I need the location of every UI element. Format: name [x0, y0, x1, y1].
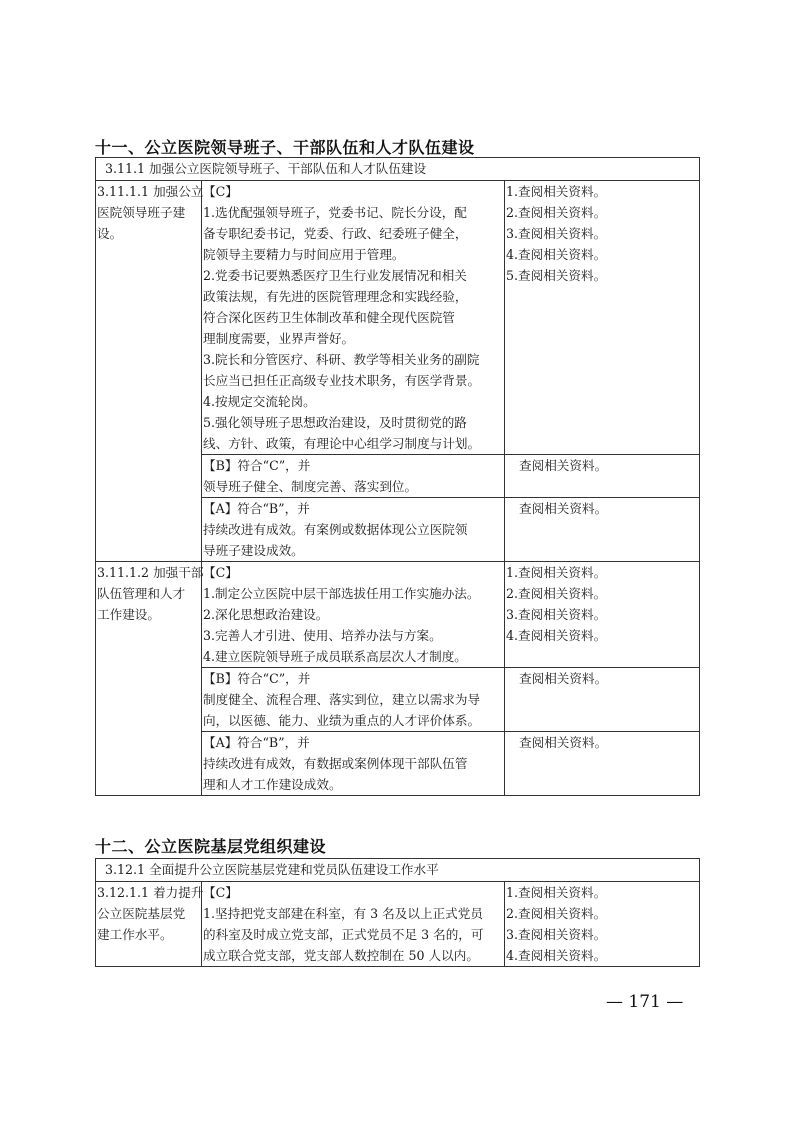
criteria-cell-b: 【B】符合“C”，并 领导班子健全、制度完善、落实到位。	[202, 455, 505, 498]
item-title-line: 3.12.1.1 着力提升	[97, 882, 201, 903]
item-title-line: 3.11.1.1 加强公立	[97, 181, 201, 202]
table-row-grade-c: 3.11.1.2 加强干部 队伍管理和人才 工作建设。 【C】 1.制定公立医院…	[96, 562, 700, 668]
criteria-line: 5.强化领导班子思想政治建设，及时贯彻党的路	[203, 412, 504, 433]
method-line: 2.查阅相关资料。	[506, 903, 699, 924]
section-heading-11: 十一、公立医院领导班子、干部队伍和人才队伍建设	[95, 135, 475, 158]
criteria-line: 线、方针、政策，有理论中心组学习制度与计划。	[203, 433, 504, 454]
criteria-line: 备专职纪委书记，党委、行政、纪委班子健全，	[203, 223, 504, 244]
criteria-line: 持续改进有成效，有数据或案例体现干部队伍管	[203, 753, 504, 774]
criteria-line: 理制度需要，业界声誉好。	[203, 328, 504, 349]
method-line: 5.查阅相关资料。	[506, 265, 699, 286]
criteria-cell-a: 【A】符合“B”，并 持续改进有成效。有案例或数据体现公立医院领 导班子建设成效…	[202, 498, 505, 562]
criteria-cell-c: 【C】 1.制定公立医院中层干部选拔任用工作实施办法。 2.深化思想政治建设。 …	[202, 562, 505, 668]
method-line: 4.查阅相关资料。	[506, 625, 699, 646]
criteria-cell-c: 【C】 1.选优配强领导班子，党委书记、院长分设，配 备专职纪委书记，党委、行政…	[202, 181, 505, 455]
table-header-row: 3.11.1 加强公立医院领导班子、干部队伍和人才队伍建设	[96, 158, 700, 181]
item-title-line: 3.11.1.2 加强干部	[97, 562, 201, 583]
method-line: 2.查阅相关资料。	[506, 202, 699, 223]
section-heading-12: 十二、公立医院基层党组织建设	[95, 834, 326, 857]
criteria-line: 制度健全、流程合理、落实到位，建立以需求为导	[203, 689, 504, 710]
document-page: 十一、公立医院领导班子、干部队伍和人才队伍建设 3.11.1 加强公立医院领导班…	[0, 0, 793, 1122]
item-title-line: 工作建设。	[97, 604, 201, 625]
method-cell-a: 查阅相关资料。	[505, 732, 700, 796]
grade-label-b: 【B】符合“C”，并	[203, 455, 504, 476]
method-line: 3.查阅相关资料。	[506, 604, 699, 625]
page-number: — 171 —	[606, 992, 683, 1012]
item-title-line: 公立医院基层党	[97, 903, 201, 924]
method-line: 查阅相关资料。	[519, 498, 699, 519]
criteria-line: 持续改进有成效。有案例或数据体现公立医院领	[203, 519, 504, 540]
criteria-line: 理和人才工作建设成效。	[203, 774, 504, 795]
method-line: 4.查阅相关资料。	[506, 244, 699, 265]
criteria-line: 3.完善人才引进、使用、培养办法与方案。	[203, 625, 504, 646]
standard-title: 3.11.1 加强公立医院领导班子、干部队伍和人才队伍建设	[96, 158, 700, 181]
criteria-line: 向，以医德、能力、业绩为重点的人才评价体系。	[203, 710, 504, 731]
item-title-line: 队伍管理和人才	[97, 583, 201, 604]
method-cell-b: 查阅相关资料。	[505, 668, 700, 732]
table-row-grade-c: 3.11.1.1 加强公立 医院领导班子建 设。 【C】 1.选优配强领导班子，…	[96, 181, 700, 455]
method-line: 3.查阅相关资料。	[506, 924, 699, 945]
grade-label-c: 【C】	[203, 562, 504, 583]
criteria-line: 成立联合党支部，党支部人数控制在 50 人以内。	[203, 945, 504, 966]
method-line: 1.查阅相关资料。	[506, 181, 699, 202]
criteria-line: 导班子建设成效。	[203, 540, 504, 561]
method-line: 4.查阅相关资料。	[506, 945, 699, 966]
method-cell-a: 查阅相关资料。	[505, 498, 700, 562]
criteria-cell-c: 【C】 1.坚持把党支部建在科室，有 3 名及以上正式党员 的科室及时成立党支部…	[202, 882, 505, 967]
grade-label-a: 【A】符合“B”，并	[203, 732, 504, 753]
criteria-cell-b: 【B】符合“C”，并 制度健全、流程合理、落实到位，建立以需求为导 向，以医德、…	[202, 668, 505, 732]
criteria-line: 1.制定公立医院中层干部选拔任用工作实施办法。	[203, 583, 504, 604]
criteria-cell-a: 【A】符合“B”，并 持续改进有成效，有数据或案例体现干部队伍管 理和人才工作建…	[202, 732, 505, 796]
criteria-line: 院领导主要精力与时间应用于管理。	[203, 244, 504, 265]
item-title-cell: 3.12.1.1 着力提升 公立医院基层党 建工作水平。	[96, 882, 202, 967]
standards-table-11: 3.11.1 加强公立医院领导班子、干部队伍和人才队伍建设 3.11.1.1 加…	[95, 157, 700, 796]
method-line: 3.查阅相关资料。	[506, 223, 699, 244]
method-cell-b: 查阅相关资料。	[505, 455, 700, 498]
standard-title: 3.12.1 全面提升公立医院基层党建和党员队伍建设工作水平	[96, 859, 700, 882]
method-line: 查阅相关资料。	[519, 668, 699, 689]
table-header-row: 3.12.1 全面提升公立医院基层党建和党员队伍建设工作水平	[96, 859, 700, 882]
method-line: 查阅相关资料。	[519, 455, 699, 476]
item-title-line: 建工作水平。	[97, 924, 201, 945]
grade-label-b: 【B】符合“C”，并	[203, 668, 504, 689]
criteria-line: 2.党委书记要熟悉医疗卫生行业发展情况和相关	[203, 265, 504, 286]
criteria-line: 1.选优配强领导班子，党委书记、院长分设，配	[203, 202, 504, 223]
grade-label-c: 【C】	[203, 181, 504, 202]
item-title-cell: 3.11.1.1 加强公立 医院领导班子建 设。	[96, 181, 202, 562]
criteria-line: 4.按规定交流轮岗。	[203, 391, 504, 412]
method-line: 查阅相关资料。	[519, 732, 699, 753]
criteria-line: 长应当已担任正高级专业技术职务，有医学背景。	[203, 370, 504, 391]
method-cell-c: 1.查阅相关资料。 2.查阅相关资料。 3.查阅相关资料。 4.查阅相关资料。	[505, 882, 700, 967]
grade-label-c: 【C】	[203, 882, 504, 903]
criteria-line: 符合深化医药卫生体制改革和健全现代医院管	[203, 307, 504, 328]
criteria-line: 4.建立医院领导班子成员联系高层次人才制度。	[203, 646, 504, 667]
method-cell-c: 1.查阅相关资料。 2.查阅相关资料。 3.查阅相关资料。 4.查阅相关资料。	[505, 562, 700, 668]
criteria-line: 1.坚持把党支部建在科室，有 3 名及以上正式党员	[203, 903, 504, 924]
table-row-grade-c: 3.12.1.1 着力提升 公立医院基层党 建工作水平。 【C】 1.坚持把党支…	[96, 882, 700, 967]
criteria-line: 的科室及时成立党支部，正式党员不足 3 名的，可	[203, 924, 504, 945]
method-line: 1.查阅相关资料。	[506, 882, 699, 903]
standards-table-12: 3.12.1 全面提升公立医院基层党建和党员队伍建设工作水平 3.12.1.1 …	[95, 858, 700, 967]
criteria-line: 2.深化思想政治建设。	[203, 604, 504, 625]
criteria-line: 3.院长和分管医疗、科研、教学等相关业务的副院	[203, 349, 504, 370]
criteria-line: 政策法规，有先进的医院管理理念和实践经验，	[203, 286, 504, 307]
item-title-line: 设。	[97, 223, 201, 244]
grade-label-a: 【A】符合“B”，并	[203, 498, 504, 519]
item-title-line: 医院领导班子建	[97, 202, 201, 223]
method-cell-c: 1.查阅相关资料。 2.查阅相关资料。 3.查阅相关资料。 4.查阅相关资料。 …	[505, 181, 700, 455]
method-line: 2.查阅相关资料。	[506, 583, 699, 604]
method-line: 1.查阅相关资料。	[506, 562, 699, 583]
criteria-line: 领导班子健全、制度完善、落实到位。	[203, 476, 504, 497]
item-title-cell: 3.11.1.2 加强干部 队伍管理和人才 工作建设。	[96, 562, 202, 796]
